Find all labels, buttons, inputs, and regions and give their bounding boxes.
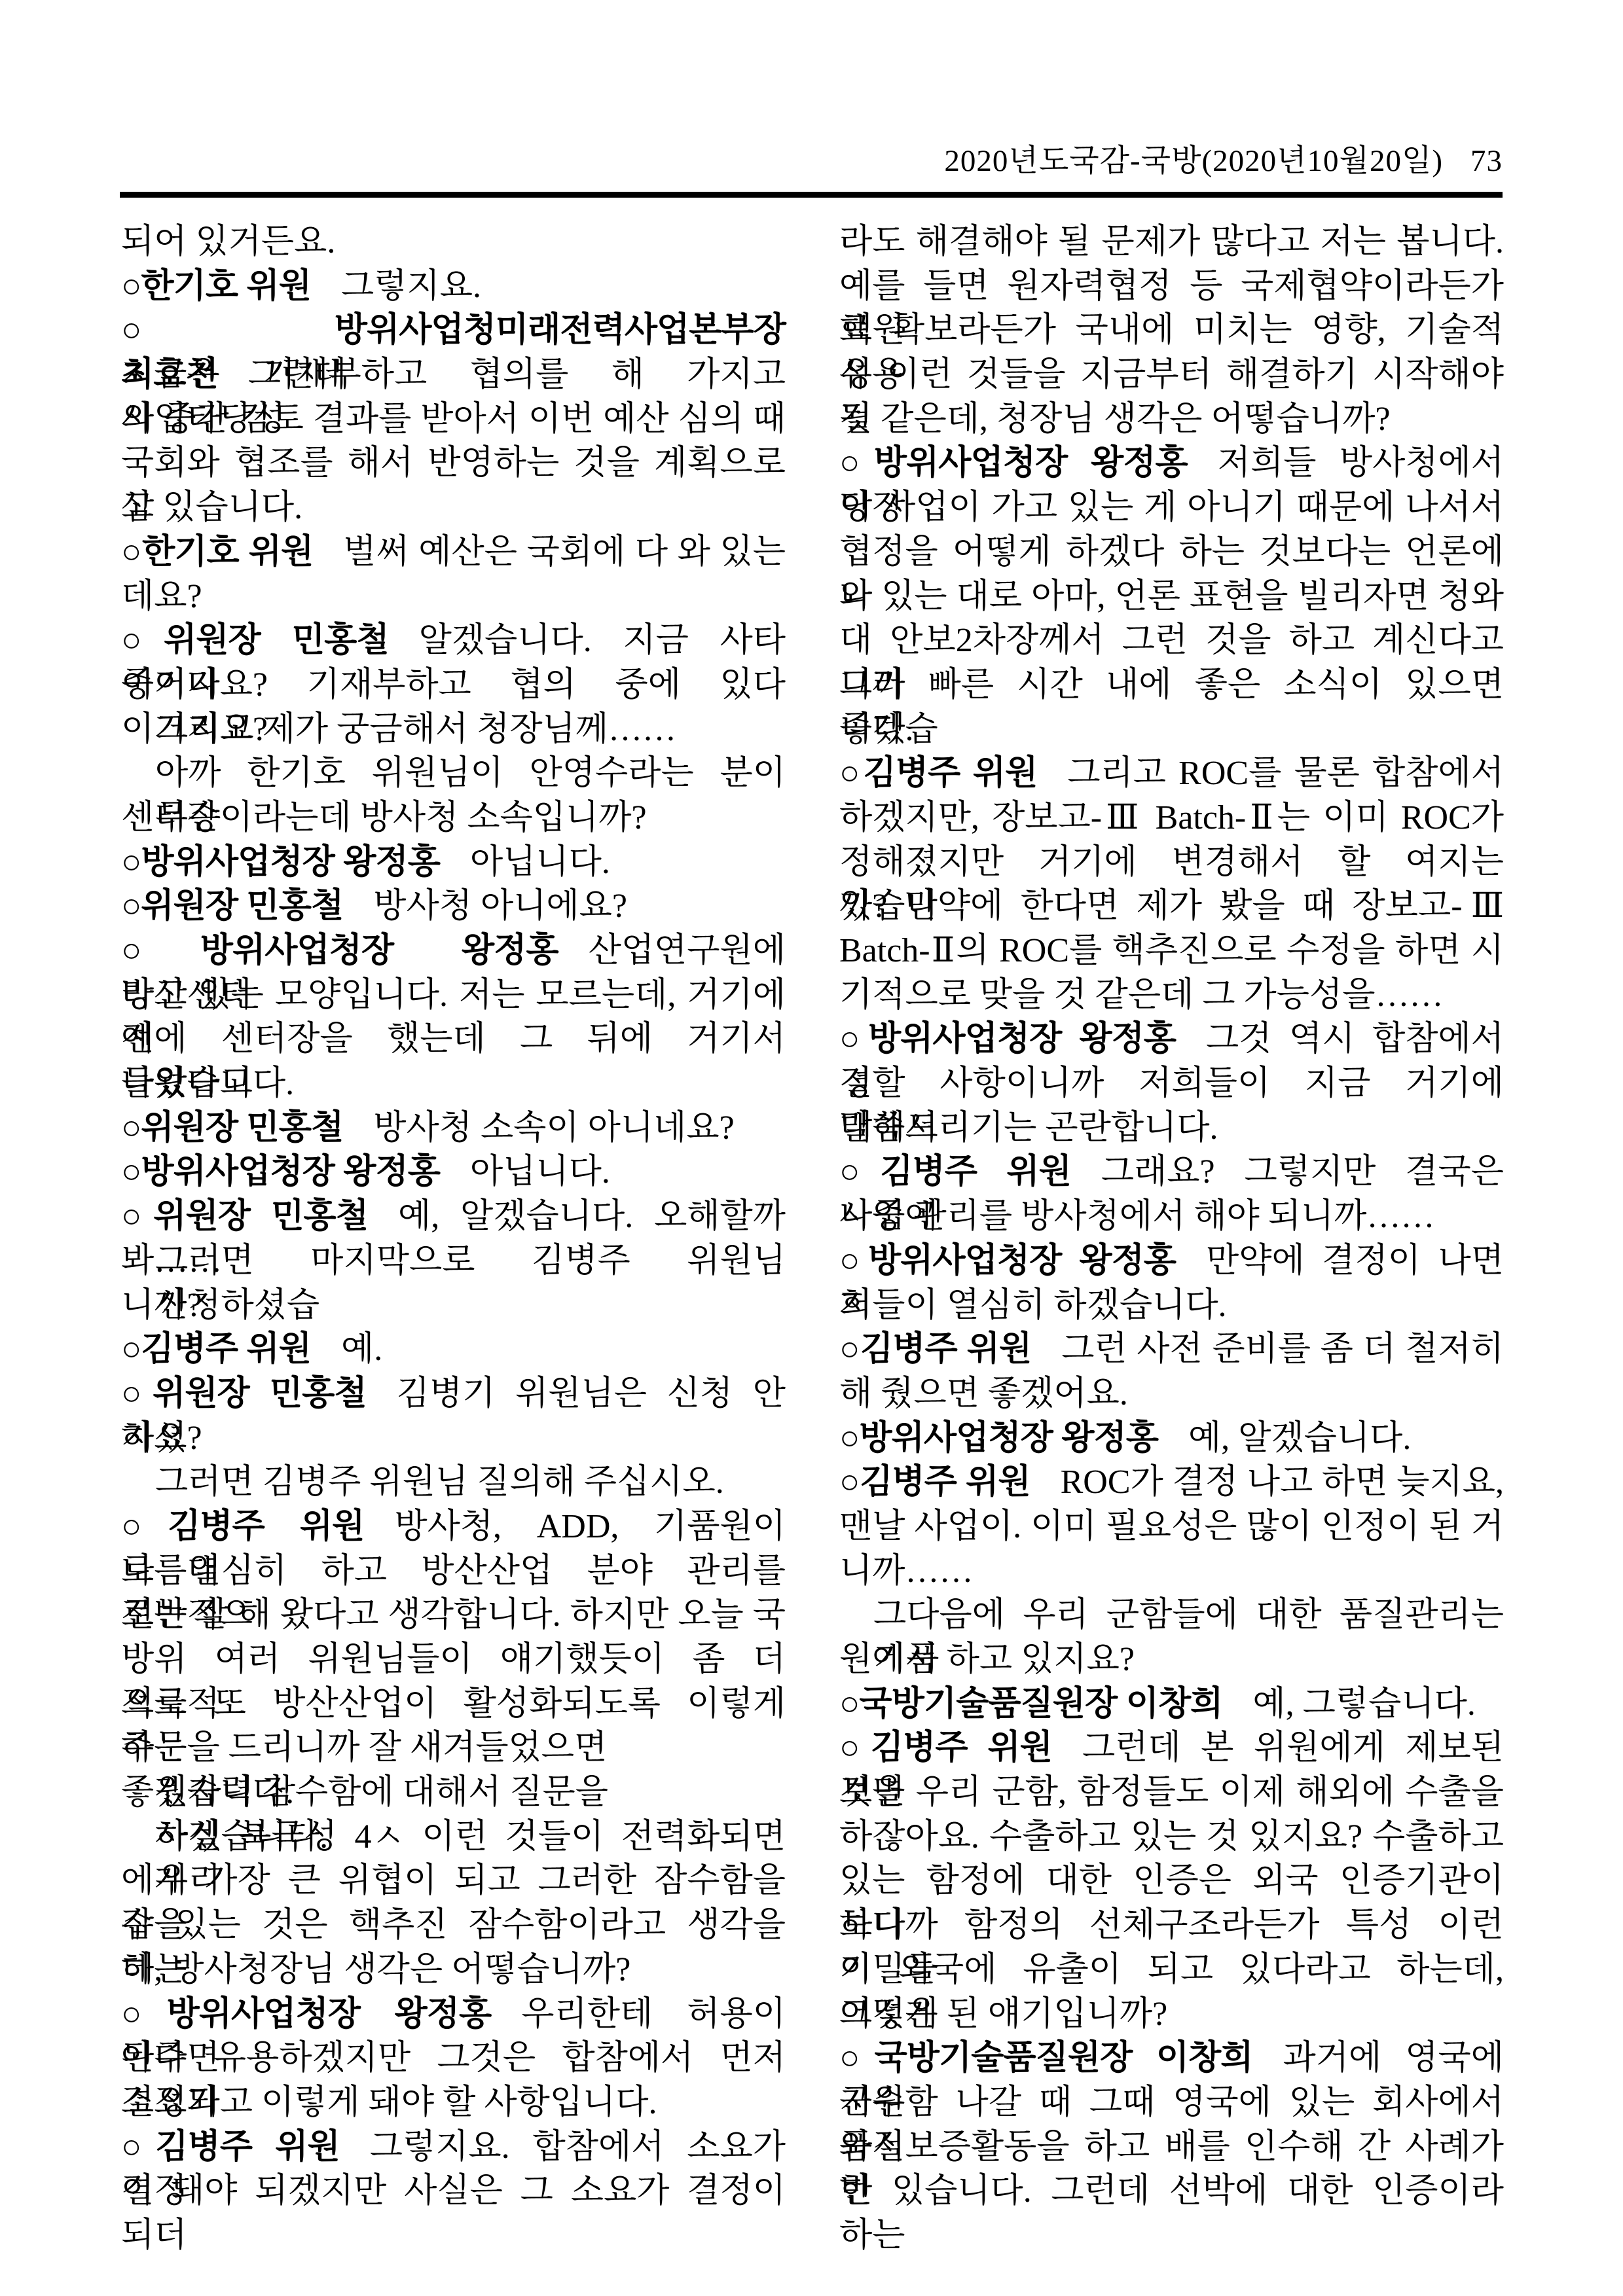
text-line: 데요? (121, 575, 786, 619)
text-line: ○위원장 민홍철알겠습니다. 지금 사타 중이다 (121, 619, 786, 663)
speaker-name: ○위원장 민홍철 (121, 1109, 343, 1147)
text-line: 사업 관리를 방사청에서 해야 되니까…… (839, 1194, 1504, 1239)
text-line: 이거지요? 기재부하고 협의 중에 있다 이거지요? (121, 663, 786, 708)
speaker-name: ○김병주 위원 (121, 1507, 364, 1545)
text-line: 결정되고 이렇게 돼야 할 사항입니다. (121, 2081, 786, 2125)
text-line: 전에 센터장을 했는데 그 뒤에 거기서 나왔다고 (121, 1017, 786, 1062)
text-line: 말씀드리기는 곤란합니다. (839, 1106, 1504, 1151)
text-line: 까? 만약에 한다면 제가 봤을 때 장보고-Ⅲ (839, 884, 1504, 929)
speaker-name: ○방위사업청장 왕정홍 (121, 843, 440, 881)
text-line: 정해졌지만 거기에 변경해서 할 여지는 있습니 (839, 840, 1504, 885)
text-line: 국회와 협조를 해서 반영하는 것을 계획으로 삼 (121, 441, 786, 486)
text-line: 성 이런 것들을 지금부터 해결하기 시작해야 될 (839, 353, 1504, 397)
text-line: ○방위사업청장 왕정홍아닙니다. (121, 1150, 786, 1194)
text-line: ○위원장 민홍철방사청 아니에요? (121, 884, 786, 929)
text-line: 대 안보2차장께서 그런 것을 하고 계신다고 그러 (839, 619, 1504, 663)
text-line: 하잖아요. 수출하고 있는 것 있지요? 수출하고 (839, 1815, 1504, 1859)
text-line: ○방위사업청장 왕정홍아닙니다. (121, 840, 786, 885)
speaker-name: ○위원장 민홍철 (121, 621, 389, 659)
speaker-name: ○위원장 민홍철 (121, 1374, 367, 1412)
text-line: 품질보증활동을 하고 배를 인수해 간 사례가 한 (839, 2125, 1504, 2170)
text-line: 아까 한기호 위원님이 안영수라는 분이 무슨 (121, 751, 786, 796)
document-page: 2020년도국감-국방(2020년10월20일)73 되어 있거든요.○한기호 … (0, 0, 1623, 2296)
text-line: 보니까 함정의 선체구조라든가 특성 이런 기밀들 (839, 1903, 1504, 1948)
text-line: ○김병주 위원ROC가 결정 나고 하면 늦지요, (839, 1460, 1504, 1505)
text-line: 원에서 하고 있지요? (839, 1638, 1504, 1682)
text-line: 정할 사항이니까 저희들이 지금 거기에 대해서 (839, 1062, 1504, 1106)
text-line: 방위 여러 위원님들이 얘기했듯이 좀 더 적극적 (121, 1638, 786, 1682)
text-line: 수 있는 것은 핵추진 잠수함이라고 생각을 하는 (121, 1903, 786, 1948)
text-line: 있는 함정에 대한 인증은 외국 인증기관이 하다 (839, 1859, 1504, 1903)
speaker-name: ○김병주 위원 (839, 1153, 1071, 1191)
text-line: 사실 북극성 4ㅅ 이런 것들이 전력화되면 우리 (121, 1815, 786, 1859)
text-line: 니다. (839, 708, 1504, 752)
speaker-name: ○한기호 위원 (121, 533, 313, 571)
text-line: 이 사업이 가고 있는 게 아니기 때문에 나서서 (839, 486, 1504, 530)
text-line: 료 확보라든가 국내에 미치는 영향, 기술적 유용 (839, 308, 1504, 353)
text-line: 그리고 제가 궁금해서 청장님께…… (121, 708, 786, 752)
text-line: 들었습니다. (121, 1062, 786, 1106)
column-left: 되어 있거든요.○한기호 위원그렇지요.○방위사업청미래전력사업본부장 최호천그… (121, 220, 786, 2214)
speaker-name: ○국방기술품질원장 이창희 (839, 1685, 1222, 1723)
text-line: ○방위사업청장 왕정홍저희들 방사청에서 당장 (839, 441, 1504, 486)
text-line: 주문을 드리니까 잘 새겨들었으면 좋겠습니다. (121, 1726, 786, 1770)
speaker-name: ○방위사업청장 왕정홍 (839, 1242, 1176, 1280)
text-line: 예를 들면 원자력협정 등 국제협약이라든가 핵원 (839, 264, 1504, 309)
text-line: 로는 잘 해 왔다고 생각합니다. 하지만 오늘 국 (121, 1593, 786, 1638)
text-line: ○김병주 위원그래요? 그렇지만 결국은 나중에 (839, 1150, 1504, 1194)
text-line: ○김병주 위원그리고 ROC를 물론 합참에서 (839, 751, 1504, 796)
column-right: 라도 해결해야 될 문제가 많다고 저는 봅니다.예를 들면 원자력협정 등 국… (839, 220, 1504, 2214)
text-line: ○한기호 위원그렇지요. (121, 264, 786, 309)
speaker-name: ○방위사업청장 왕정홍 (839, 1020, 1176, 1058)
text-line: 에게 가장 큰 위협이 되고 그러한 잠수함을 잡을 (121, 1859, 786, 1903)
text-line: ○김병주 위원방사청, ADD, 기품원이 나름대 (121, 1505, 786, 1549)
text-line: ○국방기술품질원장 이창희예, 그렇습니다. (839, 1682, 1504, 1727)
page-header: 2020년도국감-국방(2020년10월20일)73 (121, 141, 1503, 181)
speaker-name: ○김병주 위원 (121, 1330, 311, 1368)
speaker-name: ○국방기술품질원장 이창희 (839, 2039, 1253, 2077)
text-line: 와 있는 대로 아마, 언론 표현을 빌리자면 청와 (839, 575, 1504, 619)
text-line: 원자력 잠수함에 대해서 질문을 하겠습니다. (121, 1770, 786, 1815)
speaker-name: ○방위사업청장 왕정홍 (121, 1153, 440, 1191)
text-line: ○김병주 위원그런 사전 준비를 좀 더 철저히 (839, 1327, 1504, 1372)
text-line: ○국방기술품질원장 이창희과거에 영국에 군수 (839, 2036, 1504, 2081)
text-line: ○방위사업청장 왕정홍만약에 결정이 나면 저 (839, 1239, 1504, 1283)
text-line: 데, 방사청장님 생각은 어떻습니까? (121, 1948, 786, 1992)
text-line: 이 돼야 되겠지만 사실은 그 소요가 결정이 되더 (121, 2169, 786, 2214)
text-line: 지금은 기재부하고 협의를 해 가지고 사업타당성 (121, 353, 786, 397)
text-line: 센터장이라는데 방사청 소속입니까? (121, 796, 786, 840)
speaker-name: ○위원장 민홍철 (121, 1197, 368, 1235)
text-columns: 되어 있거든요.○한기호 위원그렇지요.○방위사업청미래전력사업본부장 최호천그… (121, 220, 1504, 2214)
text-line: 번 있습니다. 그런데 선박에 대한 인증이라 하는 (839, 2169, 1504, 2214)
text-line: 그다음에 우리 군함들에 대한 품질관리는 기품 (839, 1593, 1504, 1638)
text-line: 지요? (121, 1416, 786, 1461)
text-line: 되어 있거든요. (121, 220, 786, 264)
page-number: 73 (1470, 141, 1503, 181)
text-line: ○위원장 민홍철김병기 위원님은 신청 안 하셨 (121, 1372, 786, 1416)
text-line: 이 외국에 유출이 되고 있다라고 하는데, 그것은 (839, 1948, 1504, 1992)
text-line: ○방위사업청장 왕정홍예, 알겠습니다. (839, 1416, 1504, 1461)
text-line: ○위원장 민홍철방사청 소속이 아니네요? (121, 1106, 786, 1151)
speaker-name: ○김병주 위원 (121, 2128, 340, 2166)
text-line: Batch-Ⅱ의 ROC를 핵추진으로 수정을 하면 시 (839, 929, 1504, 973)
text-line: ○방위사업청장 왕정홍그것 역시 합참에서 결 (839, 1017, 1504, 1062)
text-line: 맨날 사업이. 이미 필요성은 많이 인정이 된 거 (839, 1505, 1504, 1549)
text-line: ○방위사업청미래전력사업본부장 최호천그런데 (121, 308, 786, 353)
text-line: ○김병주 위원그런데 본 위원에게 제보된 것을 (839, 1726, 1504, 1770)
text-line: ○김병주 위원예. (121, 1327, 786, 1372)
speaker-name: ○방위사업청장 왕정홍 (121, 931, 558, 969)
text-line: 라고 있는 모양입니다. 저는 모르는데, 거기에 예 (121, 973, 786, 1018)
speaker-name: ○김병주 위원 (839, 1330, 1031, 1368)
text-line: ○김병주 위원그렇지요. 합참에서 소요가 결정 (121, 2125, 786, 2170)
text-line: 그러면 김병주 위원님 질의해 주십시오. (121, 1460, 786, 1505)
text-line: 라도 해결해야 될 문제가 많다고 저는 봅니다. (839, 220, 1504, 264)
text-line: 의 중간 검토 결과를 받아서 이번 예산 심의 때 (121, 397, 786, 442)
speaker-name: ○김병주 위원 (839, 1729, 1052, 1767)
text-line: 고 있습니다. (121, 486, 786, 530)
text-line: 어떻게 된 얘기입니까? (839, 1992, 1504, 2037)
text-line: 아주 유용하겠지만 그것은 합참에서 먼저 소요가 (121, 2036, 786, 2081)
text-line: 그러면 마지막으로 김병주 위원님 신청하셨습 (121, 1239, 786, 1283)
speaker-name: ○김병주 위원 (839, 754, 1037, 792)
header-rule (120, 192, 1503, 198)
speaker-name: ○방위사업청장 왕정홍 (839, 444, 1188, 482)
text-line: 보면 우리 군함, 함정들도 이제 해외에 수출을 (839, 1770, 1504, 1815)
speaker-name: ○김병주 위원 (839, 1463, 1030, 1501)
text-line: 해 줬으면 좋겠어요. (839, 1372, 1504, 1416)
text-line: ○위원장 민홍철예, 알겠습니다. 오해할까 봐…… (121, 1194, 786, 1239)
text-line: 지원함 나갈 때 그때 영국에 있는 회사에서 와서 (839, 2081, 1504, 2125)
text-line: ○한기호 위원벌써 예산은 국회에 다 와 있는 (121, 530, 786, 575)
text-line: 니까…… (839, 1549, 1504, 1594)
text-line: ○방위사업청장 왕정홍산업연구원에 방산센터 (121, 929, 786, 973)
text-line: 로 열심히 하고 방산산업 분야 관리를 전반적으 (121, 1549, 786, 1594)
running-title: 2020년도국감-국방(2020년10월20일) (944, 144, 1443, 178)
speaker-name: ○방위사업청장 왕정홍 (121, 1995, 491, 2033)
text-line: 희들이 열심히 하겠습니다. (839, 1283, 1504, 1328)
text-line: 하겠지만, 장보고-Ⅲ Batch-Ⅱ는 이미 ROC가 (839, 796, 1504, 840)
text-line: 기적으로 맞을 것 같은데 그 가능성을…… (839, 973, 1504, 1018)
text-line: 협정을 어떻게 하겠다 하는 것보다는 언론에 나 (839, 530, 1504, 575)
text-line: ○방위사업청장 왕정홍우리한테 허용이 된다면 (121, 1992, 786, 2037)
text-line: 으로 또 방산산업이 활성화되도록 이렇게 하는 (121, 1682, 786, 1727)
speaker-name: ○위원장 민홍철 (121, 887, 343, 925)
speaker-name: ○한기호 위원 (121, 267, 311, 305)
speaker-name: ○방위사업청장 왕정홍 (839, 1419, 1158, 1457)
text-line: 니까 빠른 시간 내에 좋은 소식이 있으면 좋겠습 (839, 663, 1504, 708)
text-line: 것 같은데, 청장님 생각은 어떻습니까? (839, 397, 1504, 442)
